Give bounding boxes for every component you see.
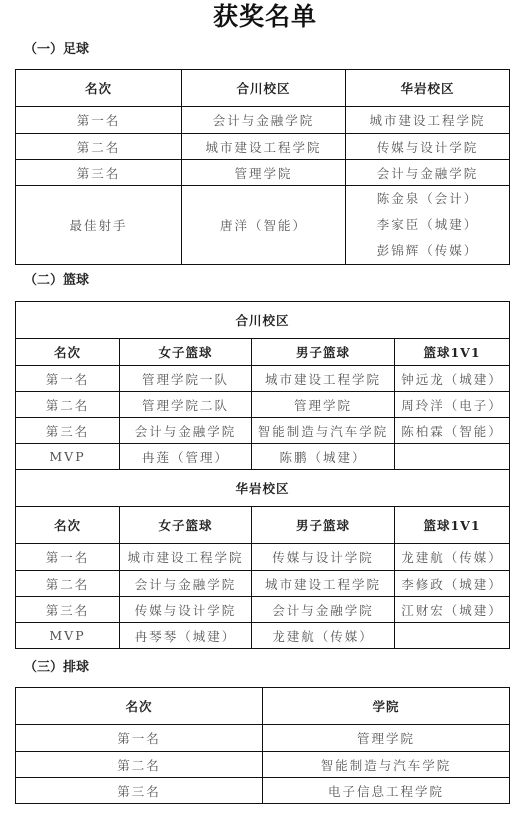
table-row: 第三名 管理学院 会计与金融学院 [16,160,510,186]
hechuan-cell: 会计与金融学院 [182,107,346,134]
one-v-one-cell [395,623,510,649]
table-row-best-shooter: 最佳射手 唐洋（智能） 陈金泉（会计） 李家臣（城建） 彭锦辉（传媒） [16,186,510,265]
table-row: 第二名 智能制造与汽车学院 [16,752,510,778]
table-row: 第一名 会计与金融学院 城市建设工程学院 [16,107,510,134]
college-cell: 智能制造与汽车学院 [263,752,510,778]
women-cell: 冉莲（管理） [120,444,252,470]
rank-cell: 第二名 [16,571,120,597]
one-v-one-cell: 江财宏（城建） [395,597,510,623]
men-cell: 城市建设工程学院 [252,571,395,597]
shooter-name: 陈金泉（会计） [346,186,509,212]
hechuan-cell: 唐洋（智能） [182,186,346,265]
basketball-table: 合川校区 名次 女子篮球 男子篮球 篮球1V1 第一名 管理学院一队 城市建设工… [15,301,510,649]
huayan-cell: 城市建设工程学院 [346,107,510,134]
shooter-name: 李家臣（城建） [346,212,509,238]
volleyball-table: 名次 学院 第一名 管理学院 第二名 智能制造与汽车学院 第三名 电子信息工程学… [15,687,510,804]
rank-cell: 第一名 [16,366,120,392]
rank-cell: 第一名 [16,725,263,752]
campus-name: 华岩校区 [16,470,510,507]
men-cell: 城市建设工程学院 [252,366,395,392]
header-men: 男子篮球 [252,507,395,544]
header-rank: 名次 [16,688,263,725]
header-college: 学院 [263,688,510,725]
women-cell: 传媒与设计学院 [120,597,252,623]
header-rank: 名次 [16,70,182,107]
table-row-mvp: MVP 冉莲（管理） 陈鹏（城建） [16,444,510,470]
one-v-one-cell: 李修政（城建） [395,571,510,597]
women-cell: 城市建设工程学院 [120,544,252,571]
rank-cell: 第二名 [16,134,182,160]
hechuan-cell: 城市建设工程学院 [182,134,346,160]
header-rank: 名次 [16,339,120,366]
women-cell: 冉琴琴（城建） [120,623,252,649]
women-cell: 管理学院一队 [120,366,252,392]
rank-cell: 第三名 [16,778,263,804]
women-cell: 会计与金融学院 [120,571,252,597]
rank-cell: 第一名 [16,544,120,571]
table-row: 第二名 管理学院二队 管理学院 周玲洋（电子） [16,392,510,418]
header-rank: 名次 [16,507,120,544]
one-v-one-cell [395,444,510,470]
section-basketball-label: （二）篮球 [24,272,89,290]
rank-cell: MVP [16,623,120,649]
table-header-row: 名次 女子篮球 男子篮球 篮球1V1 [16,339,510,366]
header-huayan: 华岩校区 [346,70,510,107]
table-header-row: 名次 合川校区 华岩校区 [16,70,510,107]
one-v-one-cell: 周玲洋（电子） [395,392,510,418]
campus-row-huayan: 华岩校区 [16,470,510,507]
hechuan-cell: 管理学院 [182,160,346,186]
table-row: 第一名 管理学院一队 城市建设工程学院 钟远龙（城建） [16,366,510,392]
rank-cell: 最佳射手 [16,186,182,265]
campus-row-hechuan: 合川校区 [16,302,510,339]
table-row: 第三名 传媒与设计学院 会计与金融学院 江财宏（城建） [16,597,510,623]
table-row: 第二名 会计与金融学院 城市建设工程学院 李修政（城建） [16,571,510,597]
huayan-cell: 陈金泉（会计） 李家臣（城建） 彭锦辉（传媒） [346,186,510,265]
rank-cell: 第三名 [16,160,182,186]
men-cell: 陈鹏（城建） [252,444,395,470]
header-1v1: 篮球1V1 [395,507,510,544]
table-row: 第三名 电子信息工程学院 [16,778,510,804]
table-row: 第三名 会计与金融学院 智能制造与汽车学院 陈柏霖（智能） [16,418,510,444]
page-title: 获奖名单 [0,0,530,34]
huayan-cell: 会计与金融学院 [346,160,510,186]
huayan-cell: 传媒与设计学院 [346,134,510,160]
header-women: 女子篮球 [120,507,252,544]
table-row: 第一名 城市建设工程学院 传媒与设计学院 龙建航（传媒） [16,544,510,571]
table-row: 第一名 管理学院 [16,725,510,752]
one-v-one-cell: 龙建航（传媒） [395,544,510,571]
table-header-row: 名次 学院 [16,688,510,725]
one-v-one-cell: 钟远龙（城建） [395,366,510,392]
men-cell: 智能制造与汽车学院 [252,418,395,444]
header-women: 女子篮球 [120,339,252,366]
table-row-mvp: MVP 冉琴琴（城建） 龙建航（传媒） [16,623,510,649]
section-football-label: （一）足球 [24,41,89,59]
header-hechuan: 合川校区 [182,70,346,107]
table-row: 第二名 城市建设工程学院 传媒与设计学院 [16,134,510,160]
rank-cell: 第三名 [16,597,120,623]
rank-cell: 第一名 [16,107,182,134]
rank-cell: 第三名 [16,418,120,444]
women-cell: 管理学院二队 [120,392,252,418]
men-cell: 传媒与设计学院 [252,544,395,571]
section-volleyball-label: （三）排球 [24,659,89,677]
table-header-row: 名次 女子篮球 男子篮球 篮球1V1 [16,507,510,544]
college-cell: 管理学院 [263,725,510,752]
football-table: 名次 合川校区 华岩校区 第一名 会计与金融学院 城市建设工程学院 第二名 城市… [15,69,510,265]
men-cell: 会计与金融学院 [252,597,395,623]
rank-cell: MVP [16,444,120,470]
shooter-name: 彭锦辉（传媒） [346,238,509,264]
header-1v1: 篮球1V1 [395,339,510,366]
header-men: 男子篮球 [252,339,395,366]
rank-cell: 第二名 [16,392,120,418]
campus-name: 合川校区 [16,302,510,339]
men-cell: 龙建航（传媒） [252,623,395,649]
men-cell: 管理学院 [252,392,395,418]
rank-cell: 第二名 [16,752,263,778]
one-v-one-cell: 陈柏霖（智能） [395,418,510,444]
college-cell: 电子信息工程学院 [263,778,510,804]
women-cell: 会计与金融学院 [120,418,252,444]
